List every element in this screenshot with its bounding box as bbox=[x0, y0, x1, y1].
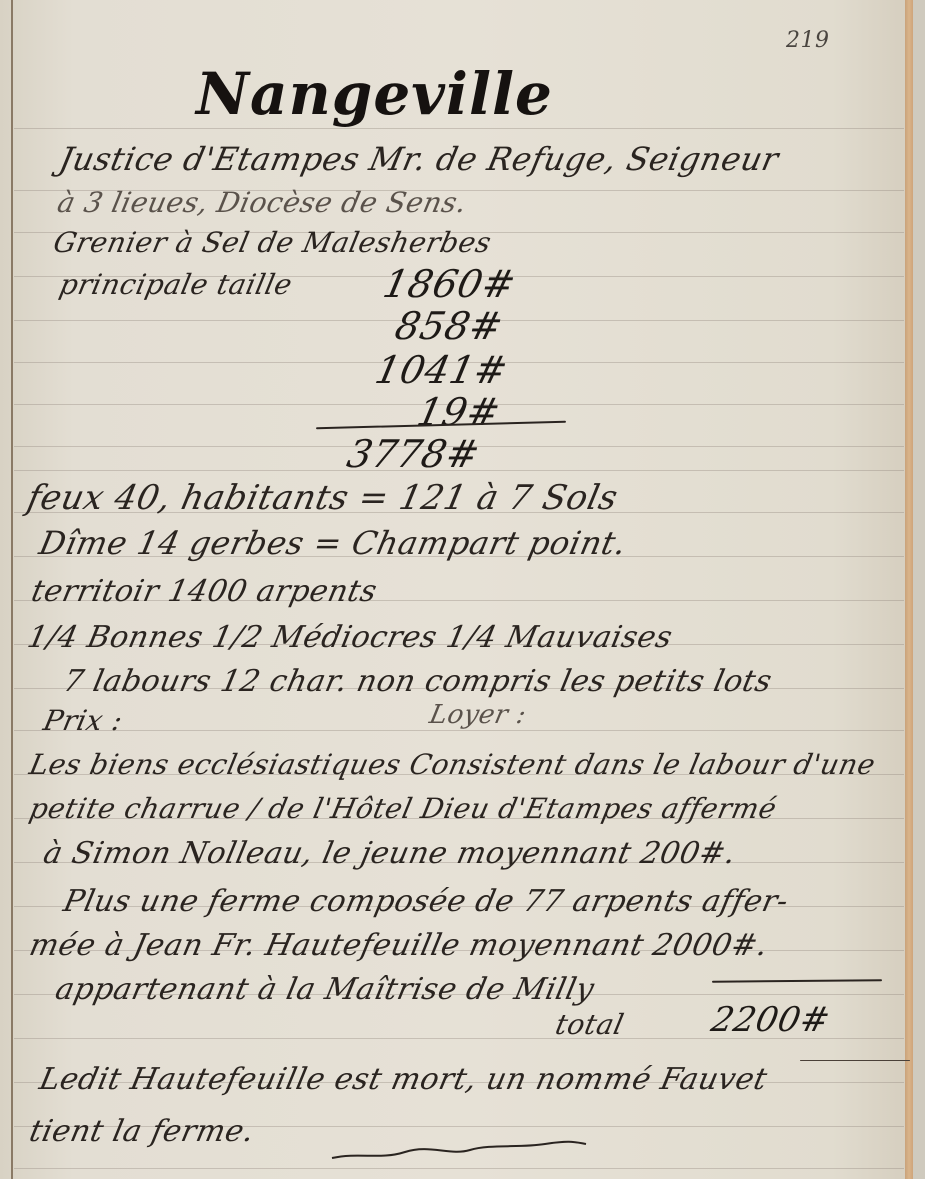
body-line-ferme: Plus une ferme composée de 77 arpents af… bbox=[60, 884, 791, 919]
body-line-tient: tient la ferme. bbox=[26, 1114, 257, 1149]
ruled-line bbox=[14, 730, 904, 731]
label-prix: Prix : bbox=[40, 704, 125, 737]
strike-line bbox=[800, 1060, 910, 1061]
closing-flourish bbox=[330, 1138, 590, 1168]
taille-amount-2: 858# bbox=[391, 304, 507, 348]
adjacent-page-edge bbox=[913, 0, 925, 1179]
body-line-dime: Dîme 14 gerbes = Champart point. bbox=[36, 524, 630, 562]
header-line-diocese: à 3 lieues, Diocèse de Sens. bbox=[54, 186, 469, 219]
page-edge bbox=[905, 0, 913, 1179]
ruled-line bbox=[14, 128, 904, 129]
taille-amount-4: 19# bbox=[413, 390, 504, 434]
body-line-feux: feux 40, habitants = 121 à 7 Sols bbox=[24, 478, 622, 518]
body-line-hautefeuille: mée à Jean Fr. Hautefeuille moyennant 20… bbox=[26, 928, 771, 963]
taille-amount-3: 1041# bbox=[371, 348, 511, 392]
body-line-territoir: territoir 1400 arpents bbox=[28, 574, 380, 609]
taille-total: 3778# bbox=[343, 432, 483, 476]
label-loyer: Loyer : bbox=[427, 700, 529, 730]
body-line-fauvet: Ledit Hautefeuille est mort, un nommé Fa… bbox=[36, 1062, 770, 1097]
header-line-justice: Justice d'Etampes Mr. de Refuge, Seigneu… bbox=[56, 140, 782, 178]
total-amount: 2200# bbox=[708, 1000, 834, 1040]
body-line-land-quality: 1/4 Bonnes 1/2 Médiocres 1/4 Mauvaises bbox=[24, 620, 675, 655]
manuscript-page: 219 Nangeville Justice d'Etampes Mr. de … bbox=[0, 0, 925, 1179]
ruled-line bbox=[14, 1168, 904, 1169]
header-line-grenier: Grenier à Sel de Malesherbes bbox=[50, 226, 494, 259]
body-line-hotel-dieu: petite charrue / de l'Hôtel Dieu d'Etamp… bbox=[26, 792, 779, 825]
total-underline bbox=[712, 979, 882, 982]
page-number: 219 bbox=[786, 28, 830, 53]
total-label: total bbox=[552, 1008, 627, 1041]
taille-amount-1: 1860# bbox=[379, 262, 519, 306]
body-line-milly: appartenant à la Maîtrise de Milly bbox=[52, 972, 597, 1007]
binding-margin-line bbox=[11, 0, 13, 1179]
page-title: Nangeville bbox=[196, 60, 553, 128]
taille-label: principale taille bbox=[56, 268, 295, 301]
body-line-nolleau: à Simon Nolleau, le jeune moyennant 200#… bbox=[40, 836, 739, 871]
body-line-labours: 7 labours 12 char. non compris les petit… bbox=[60, 664, 775, 699]
body-line-biens: Les biens ecclésiastiques Consistent dan… bbox=[26, 748, 878, 781]
